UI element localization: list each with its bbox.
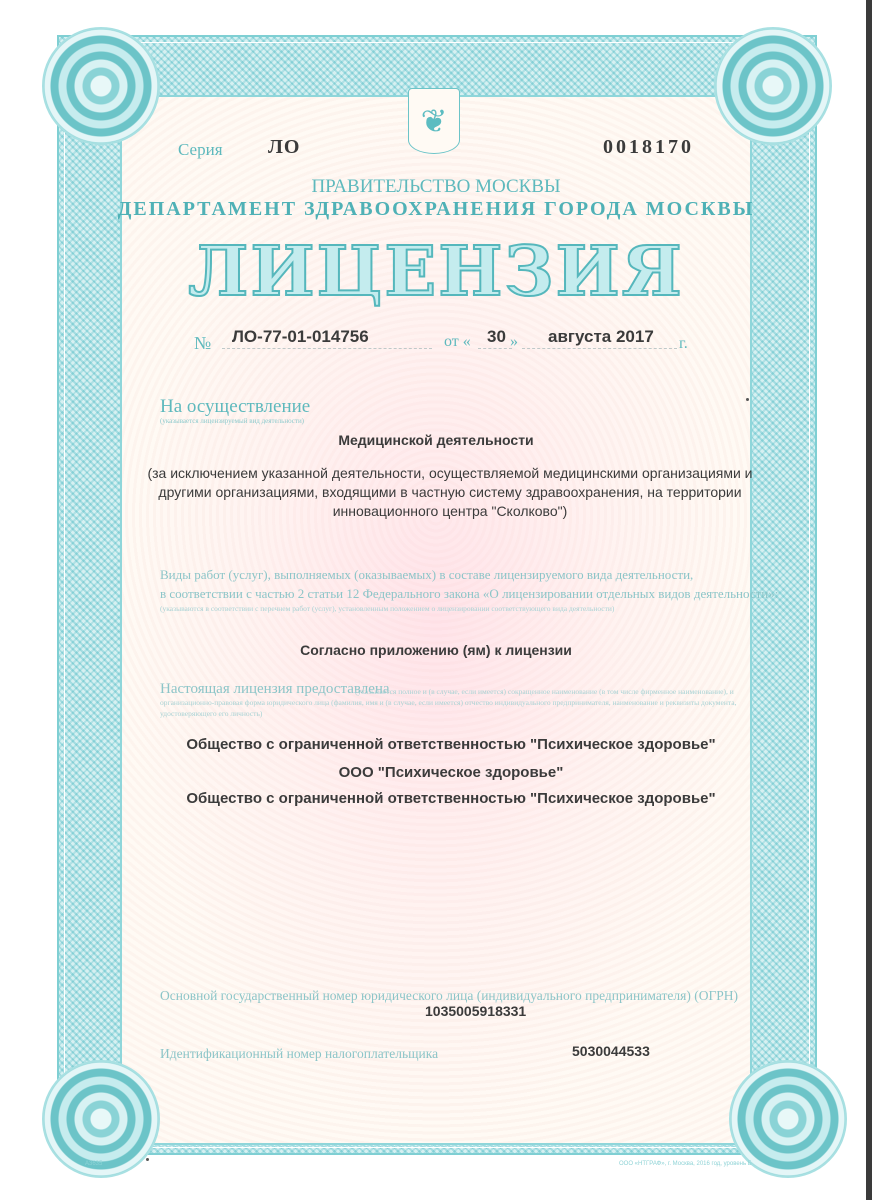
organization-brand-name: Общество с ограниченной ответственностью… [0, 790, 872, 807]
printer-imprint: ООО «НТГРАФ», г. Москва, 2016 год, урове… [619, 1161, 752, 1167]
date-from-label: от « [444, 333, 471, 351]
ogrn-value: 1035005918331 [425, 1003, 526, 1019]
works-line-1: Виды работ (услуг), выполняемых (оказыва… [160, 565, 778, 584]
series-label: Серия [178, 140, 223, 160]
rosette-top-left-icon [42, 27, 160, 145]
granted-hint: (указывается полное и (в случае, если им… [160, 686, 745, 719]
coat-of-arms-icon: ❦ [408, 88, 460, 154]
number-underline [222, 348, 432, 349]
form-code: А3635 [85, 1161, 102, 1167]
organization-short-name: ООО "Психическое здоровье" [0, 764, 872, 781]
license-day: 30 [487, 327, 506, 347]
number-sign: № [194, 333, 211, 354]
day-underline [478, 348, 512, 349]
licensed-activity: Медицинской деятельности [0, 432, 872, 448]
date-quote-close: » [510, 333, 518, 351]
license-month-year: августа 2017 [548, 327, 654, 347]
rosette-top-right-icon [714, 27, 832, 145]
month-underline [522, 348, 677, 349]
serial-number: 0018170 [603, 136, 694, 159]
works-description: Виды работ (услуг), выполняемых (оказыва… [160, 565, 778, 603]
purpose-heading: На осуществление [160, 396, 310, 418]
year-suffix: г. [679, 335, 688, 353]
purpose-hint: (указывается лицензируемый вид деятельно… [160, 417, 304, 425]
organization-full-name: Общество с ограниченной ответственностью… [0, 736, 872, 753]
department-name: ДЕПАРТАМЕНТ ЗДРАВООХРАНЕНИЯ ГОРОДА МОСКВ… [0, 198, 872, 221]
series-value: ЛО [268, 136, 300, 159]
inn-value: 5030044533 [572, 1043, 650, 1059]
works-line-2: в соответствии с частью 2 статьи 12 Феде… [160, 584, 778, 603]
works-hint: (указываются в соответствии с перечнем р… [160, 604, 614, 613]
inn-label: Идентификационный номер налогоплательщик… [160, 1046, 438, 1062]
scan-speck [746, 398, 749, 401]
appendix-reference: Согласно приложению (ям) к лицензии [0, 642, 872, 658]
government-name: ПРАВИТЕЛЬСТВО МОСКВЫ [0, 176, 872, 198]
ogrn-label: Основной государственный номер юридическ… [160, 988, 738, 1004]
scan-speck [146, 1158, 149, 1161]
activity-exclusion: (за исключением указанной деятельности, … [140, 464, 760, 521]
document-title: ЛИЦЕНЗИЯ [0, 232, 872, 312]
license-number: ЛО-77-01-014756 [232, 327, 369, 347]
